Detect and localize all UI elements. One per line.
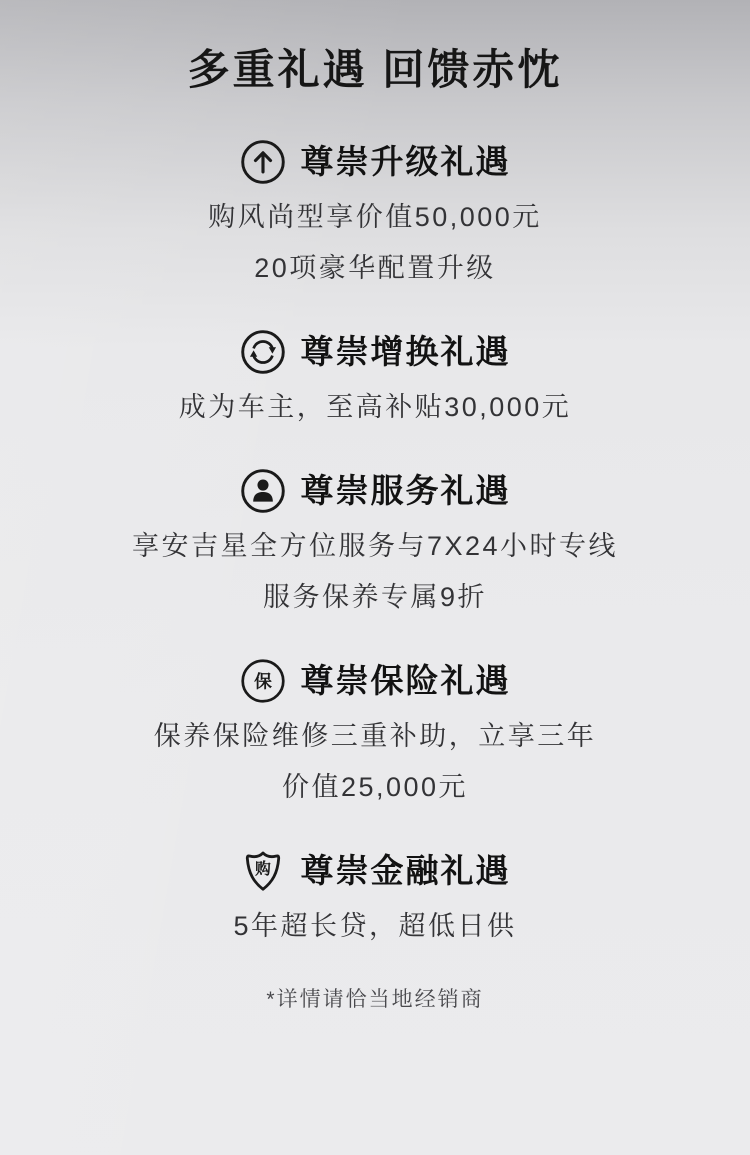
benefit-line: 成为车主，至高补贴30,000元 — [179, 389, 572, 426]
exchange-arrows-circle-icon — [240, 329, 286, 375]
benefit-header: 尊崇服务礼遇 — [240, 468, 511, 514]
benefit-section-insurance: 保 尊崇保险礼遇 保养保险维修三重补助，立享三年 价值25,000元 — [154, 658, 597, 806]
benefit-header: 购 尊崇金融礼遇 — [240, 848, 511, 894]
benefit-line: 保养保险维修三重补助，立享三年 — [154, 718, 597, 755]
benefit-section-finance: 购 尊崇金融礼遇 5年超长贷，超低日供 — [233, 848, 516, 945]
promo-page: 多重礼遇 回馈赤忱 尊崇升级礼遇 购风尚型享价值50,000元 20项豪华配置升… — [0, 0, 750, 1155]
benefit-header: 尊崇增换礼遇 — [240, 329, 511, 375]
person-circle-icon — [240, 468, 286, 514]
benefit-header: 保 尊崇保险礼遇 — [240, 658, 511, 704]
bao-insurance-circle-icon: 保 — [240, 658, 286, 704]
benefit-line: 购风尚型享价值50,000元 — [208, 199, 542, 236]
benefit-line: 20项豪华配置升级 — [254, 250, 496, 287]
page-title: 多重礼遇 回馈赤忱 — [188, 44, 563, 97]
benefit-line: 享安吉星全方位服务与7X24小时专线 — [132, 528, 618, 565]
benefit-line: 服务保养专属9折 — [263, 579, 487, 616]
gou-glyph: 购 — [255, 858, 271, 877]
benefit-section-upgrade: 尊崇升级礼遇 购风尚型享价值50,000元 20项豪华配置升级 — [208, 139, 542, 287]
bao-glyph: 保 — [254, 670, 272, 691]
benefit-line: 5年超长贷，超低日供 — [233, 908, 516, 945]
footnote: *详情请恰当地经销商 — [266, 987, 483, 1013]
benefit-section-trade-in: 尊崇增换礼遇 成为车主，至高补贴30,000元 — [179, 329, 572, 426]
gou-purchase-shield-icon: 购 — [240, 848, 286, 894]
benefit-title: 尊崇金融礼遇 — [301, 848, 511, 894]
benefit-title: 尊崇增换礼遇 — [301, 329, 511, 375]
benefit-title: 尊崇保险礼遇 — [301, 658, 511, 704]
benefit-title: 尊崇升级礼遇 — [301, 139, 511, 185]
arrow-up-circle-icon — [240, 139, 286, 185]
benefit-title: 尊崇服务礼遇 — [301, 468, 511, 514]
benefit-header: 尊崇升级礼遇 — [240, 139, 511, 185]
benefit-line: 价值25,000元 — [282, 769, 468, 806]
benefit-section-service: 尊崇服务礼遇 享安吉星全方位服务与7X24小时专线 服务保养专属9折 — [132, 468, 618, 616]
